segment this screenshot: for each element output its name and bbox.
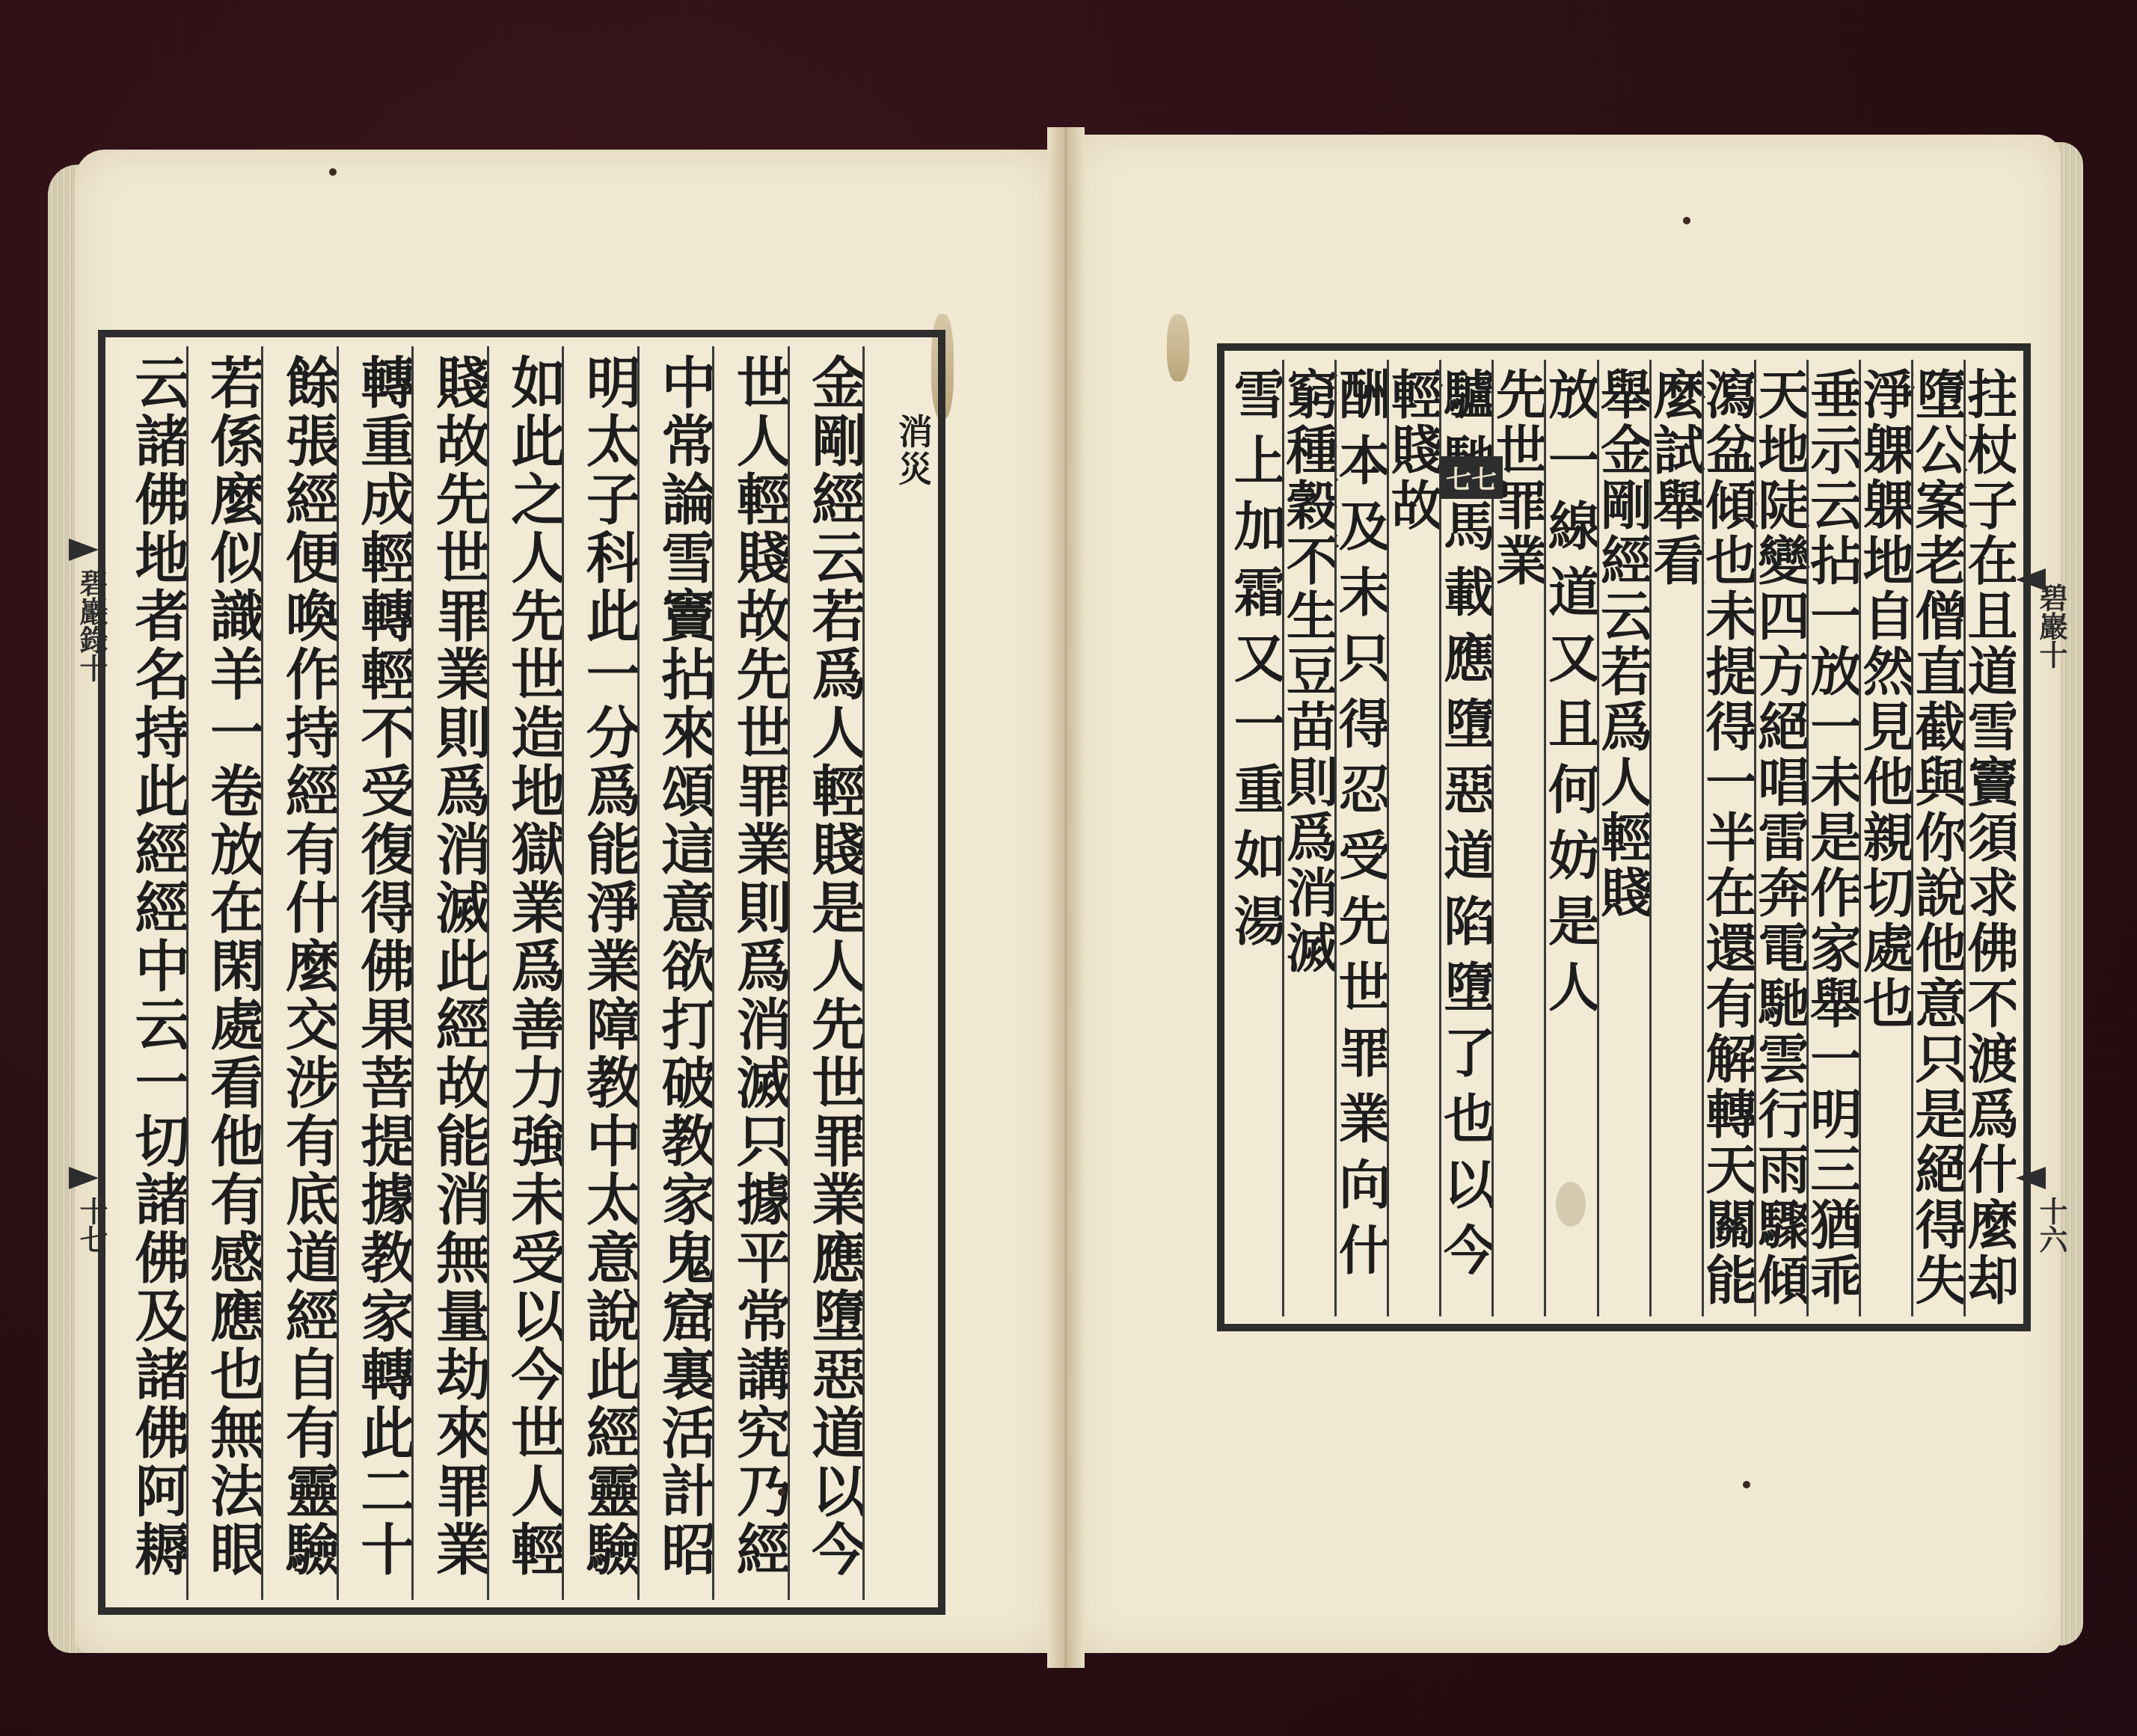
text-column: 賤故先世罪業則爲消滅此經故能消無量劫來罪業 [411,346,487,1600]
interlinear-note: 驢馳馬載應墮惡道陷墮了也以今世人 [1439,360,1491,1316]
margin-label-title: 碧巖錄十 [71,568,112,682]
text-column: 天地陡變四方絕唱雷奔電馳雲行雨驟傾湫倒嶽甕 [1754,360,1806,1316]
margin-label-page-number: 十六 [2031,1197,2072,1254]
text-column: 墮公案老僧直截與你說他意只是絕得失情塵意想 [1911,360,1963,1316]
paper-tear [1167,314,1189,381]
text-column: 若係麼似識羊一卷放在閑處看他有感應也無法眼 [186,346,262,1600]
text-column: 舉金剛經云若爲人輕賤 [1597,360,1649,1316]
text-column: 金剛經云若爲人輕賤是人先世罪業應墮惡道以今 [788,346,863,1600]
text-column: 世人輕賤故先世罪業則爲消滅只據平常講究乃經 [712,346,788,1600]
text-column: 云諸佛地者名持此經經中云一切諸佛及諸佛阿耨 [113,346,186,1600]
left-text-frame: 消災 金剛經云若爲人輕賤是人先世罪業應墮惡道以今 世人輕賤故先世罪業則爲消滅只據… [98,330,945,1615]
wormhole-dot [329,168,337,176]
interlinear-note: 雪上加霜又一重如湯 [1232,360,1282,1316]
book-gutter [1047,127,1085,1668]
text-column: 麼試舉看 [1649,360,1702,1316]
section-number-badge: 七七 [1440,456,1503,499]
margin-label-title: 碧巖十 [2031,583,2072,669]
text-column: 轉重成輕轉輕不受復得佛果菩提據教家轉此二十 [337,346,412,1600]
text-column: 明太子科此一分爲能淨業障教中太意說此經靈驗 [562,346,637,1600]
wormhole-dot [778,1488,785,1496]
text-column: 如此之人先世造地獄業爲善力強未受以今世人輕 [487,346,562,1600]
text-column: 垂示云拈一放一未是作家舉一明三猶乖宗旨直得 [1806,360,1859,1316]
right-text-frame: 拄杖子在且道雪竇須求佛不渡爲什麼却引破竈 墮公案老僧直截與你說他意只是絕得失情塵… [1217,343,2031,1331]
interlinear-note: 酬本及末只得忍受先世罪業向什麼處摸 [1334,360,1387,1316]
section-heading: 消災 [862,346,930,1600]
text-column: 窮種穀不生豆苗則爲消滅 [1282,360,1334,1316]
interlinear-note: 放一線道又且何妨是人 [1544,360,1596,1316]
text-column: 輕賤故 [1387,360,1439,1316]
text-column: 中常論雪竇拈來頌這意欲打破教家鬼窟裏活計昭 [637,346,713,1600]
text-column: 拄杖子在且道雪竇須求佛不渡爲什麼却引破竈 [1963,360,2016,1316]
text-column: 瀉盆傾也未提得一半在還有解轉天關能移地軸底 [1702,360,1754,1316]
wormhole-dot [1683,217,1690,224]
wormhole-dot [1743,1481,1750,1488]
text-column: 先世罪業 [1491,360,1544,1316]
text-column: 餘張經便喚作持經有什麼交涉有底道經自有靈驗 [261,346,337,1600]
text-column: 淨躶躶地自然見他親切處也 [1859,360,1911,1316]
margin-label-page-number: 十七 [71,1197,112,1254]
